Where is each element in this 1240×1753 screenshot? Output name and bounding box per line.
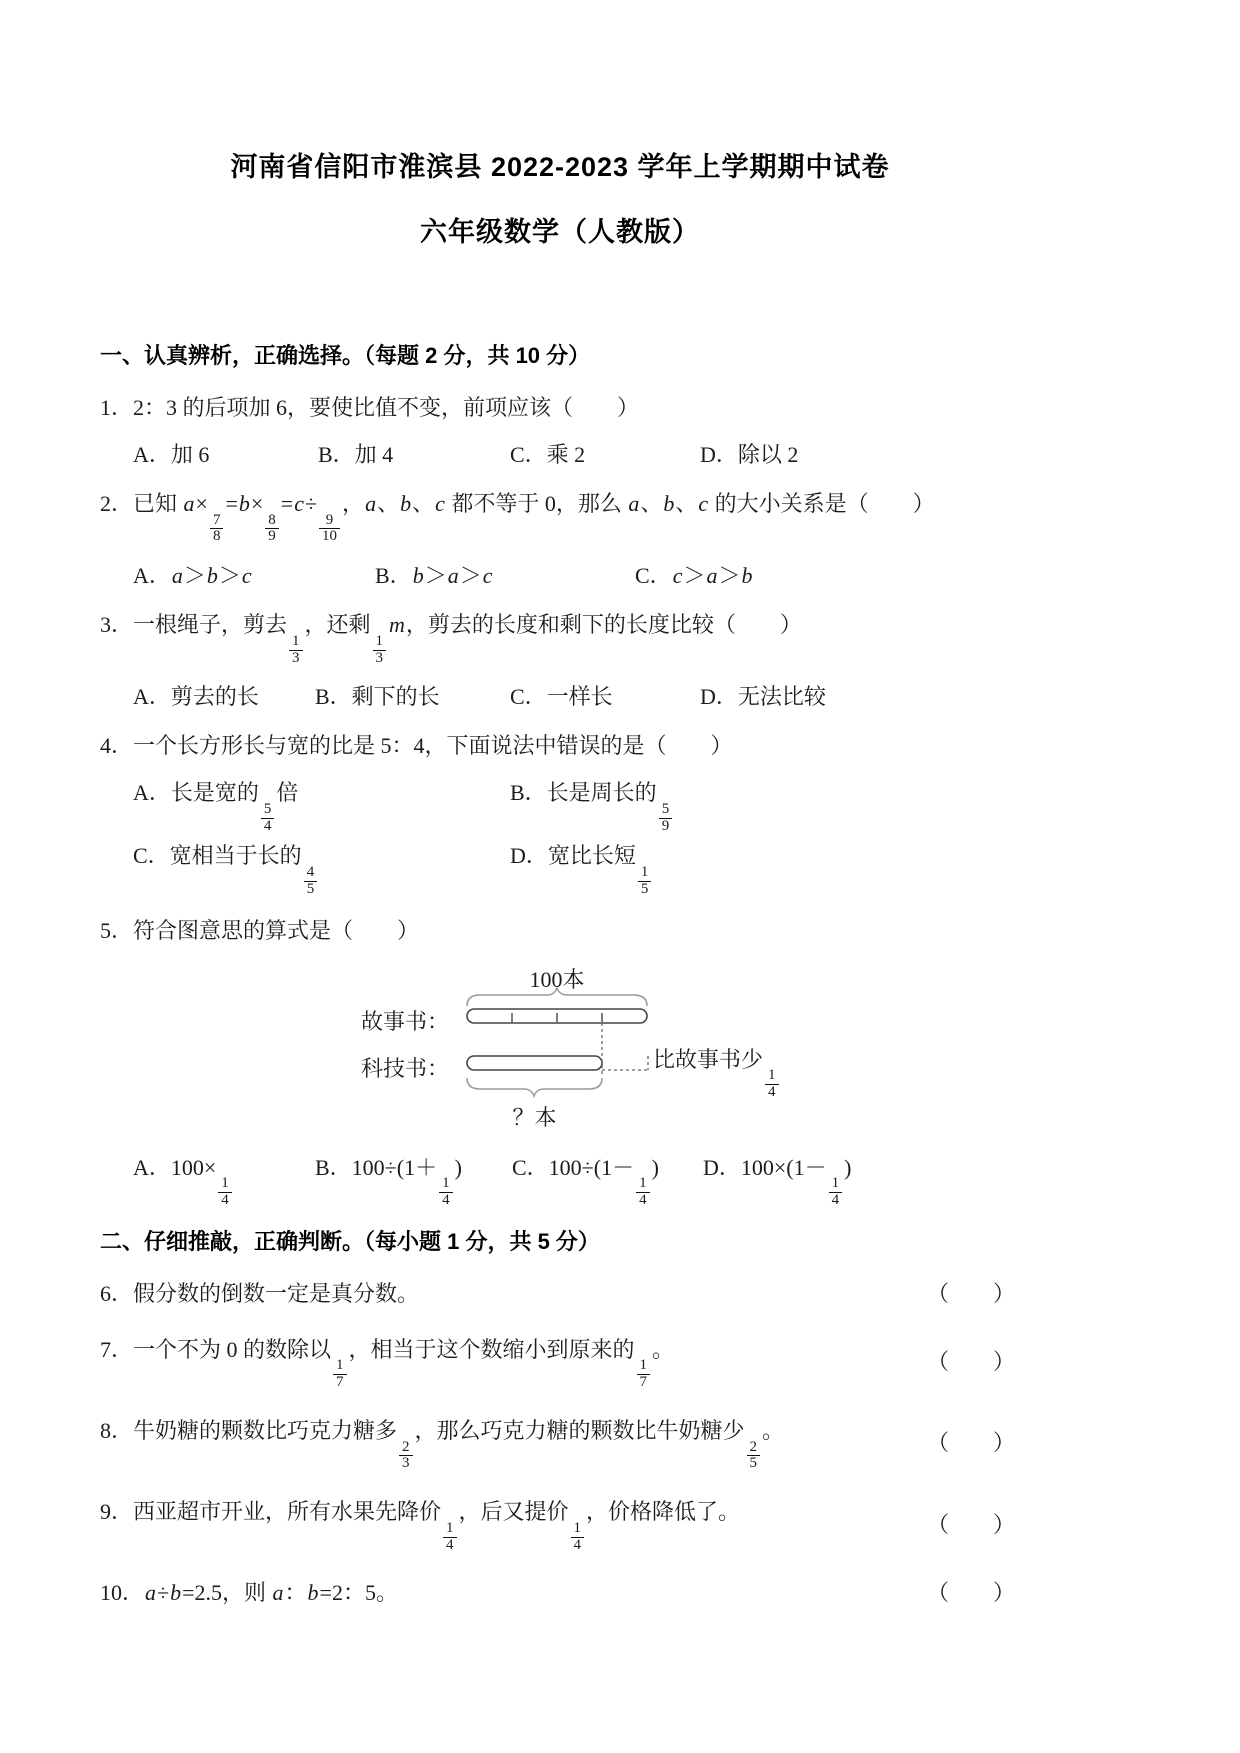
tape-diagram: 100本 故事书： 科技书： 比故事书少14 ？本 (357, 962, 877, 1140)
option-4-a: A．长是宽的54倍 (133, 777, 510, 834)
option-2-b: B．b＞a＞c (375, 560, 635, 592)
judge-question-9: 9．西亚超市开业，所有水果先降价14，后又提价14，价格降低了。 （ ） (100, 1496, 1015, 1553)
question-2-stem: 2．已知 a×78=b×89=c÷910，a、b、c 都不等于 0，那么 a、b… (100, 488, 1140, 545)
option-4-d: D．宽比长短15 (510, 840, 653, 897)
judge-question-8: 8．牛奶糖的颗数比巧克力糖多23，那么巧克力糖的颗数比牛奶糖少25。 （ ） (100, 1415, 1015, 1472)
science-book-label: 科技书： (361, 1053, 449, 1085)
question-3-stem: 3．一根绳子，剪去13，还剩13m，剪去的长度和剩下的长度比较（ ） (100, 609, 1140, 666)
option-2-a: A．a＞b＞c (133, 560, 375, 592)
question-5-stem: 5．符合图意思的算式是（ ） (100, 915, 1140, 947)
judge-8-answer-blank: （ ） (927, 1427, 1015, 1459)
question-3-options: A．剪去的长B．剩下的长C．一样长D．无法比较 (100, 681, 1140, 713)
option-5-c: C．100÷(1－14) (512, 1152, 703, 1209)
option-3-b: B．剩下的长 (315, 681, 510, 713)
question-4-options-row-1: A．长是宽的54倍B．长是周长的59 (100, 777, 1140, 834)
section-2-heading: 二、仔细推敲，正确判断。（每小题 1 分，共 5 分） (100, 1226, 1140, 1258)
question-1-stem: 1．2：3 的后项加 6，要使比值不变，前项应该（ ） (100, 392, 1140, 424)
option-1-d: D．除以 2 (700, 439, 798, 471)
judge-10-stem: 10．a÷b=2.5，则 a：b=2：5。 (100, 1577, 398, 1609)
exam-paper: 河南省信阳市淮滨县 2022-2023 学年上学期期中试卷 六年级数学（人教版）… (0, 0, 1240, 1753)
exam-title-line-1: 河南省信阳市淮滨县 2022-2023 学年上学期期中试卷 (100, 148, 1020, 187)
judge-question-7: 7．一个不为 0 的数除以17，相当于这个数缩小到原来的17。 （ ） (100, 1334, 1015, 1391)
judge-7-answer-blank: （ ） (927, 1346, 1015, 1378)
option-3-a: A．剪去的长 (133, 681, 315, 713)
question-4-options-row-2: C．宽相当于长的45D．宽比长短15 (100, 840, 1140, 897)
science-book-bar (467, 1056, 602, 1070)
option-5-d: D．100×(1－14) (703, 1152, 851, 1209)
judge-question-6: 6．假分数的倒数一定是真分数。 （ ） (100, 1278, 1015, 1310)
bottom-brace (467, 1078, 602, 1096)
option-1-b: B．加 4 (318, 439, 510, 471)
option-2-c: C．c＞a＞b (635, 560, 753, 592)
judge-6-answer-blank: （ ） (927, 1278, 1015, 1310)
exam-header: 河南省信阳市淮滨县 2022-2023 学年上学期期中试卷 六年级数学（人教版） (100, 148, 1020, 252)
section-1-heading: 一、认真辨析，正确选择。（每题 2 分，共 10 分） (100, 340, 1140, 372)
option-3-c: C．一样长 (510, 681, 700, 713)
exam-title-line-2: 六年级数学（人教版） (100, 213, 1020, 252)
judge-6-stem: 6．假分数的倒数一定是真分数。 (100, 1278, 419, 1310)
option-1-c: C．乘 2 (510, 439, 700, 471)
judge-9-answer-blank: （ ） (927, 1509, 1015, 1541)
option-5-b: B．100÷(1＋14) (315, 1152, 512, 1209)
option-4-b: B．长是周长的59 (510, 777, 674, 834)
option-5-a: A．100×14 (133, 1152, 315, 1209)
question-2-options: A．a＞b＞cB．b＞a＞cC．c＞a＞b (100, 560, 1140, 592)
less-than-label: 比故事书少14 (653, 1044, 781, 1101)
judge-8-stem: 8．牛奶糖的颗数比巧克力糖多23，那么巧克力糖的颗数比牛奶糖少25。 (100, 1415, 784, 1472)
question-4-stem: 4．一个长方形长与宽的比是 5：4，下面说法中错误的是（ ） (100, 730, 1140, 762)
storybook-label: 故事书： (361, 1006, 449, 1038)
option-3-d: D．无法比较 (700, 681, 826, 713)
question-1-options: A．加 6B．加 4C．乘 2D．除以 2 (100, 439, 1140, 471)
judge-10-answer-blank: （ ） (927, 1577, 1015, 1609)
option-1-a: A．加 6 (133, 439, 318, 471)
judge-7-stem: 7．一个不为 0 的数除以17，相当于这个数缩小到原来的17。 (100, 1334, 674, 1391)
option-4-c: C．宽相当于长的45 (133, 840, 510, 897)
judge-question-10: 10．a÷b=2.5，则 a：b=2：5。 （ ） (100, 1577, 1015, 1609)
unknown-count-label: ？本 (467, 1102, 602, 1134)
judge-9-stem: 9．西亚超市开业，所有水果先降价14，后又提价14，价格降低了。 (100, 1496, 740, 1553)
question-5-options: A．100×14B．100÷(1＋14)C．100÷(1－14)D．100×(1… (100, 1152, 1140, 1209)
diagram-total-label: 100本 (467, 964, 647, 996)
